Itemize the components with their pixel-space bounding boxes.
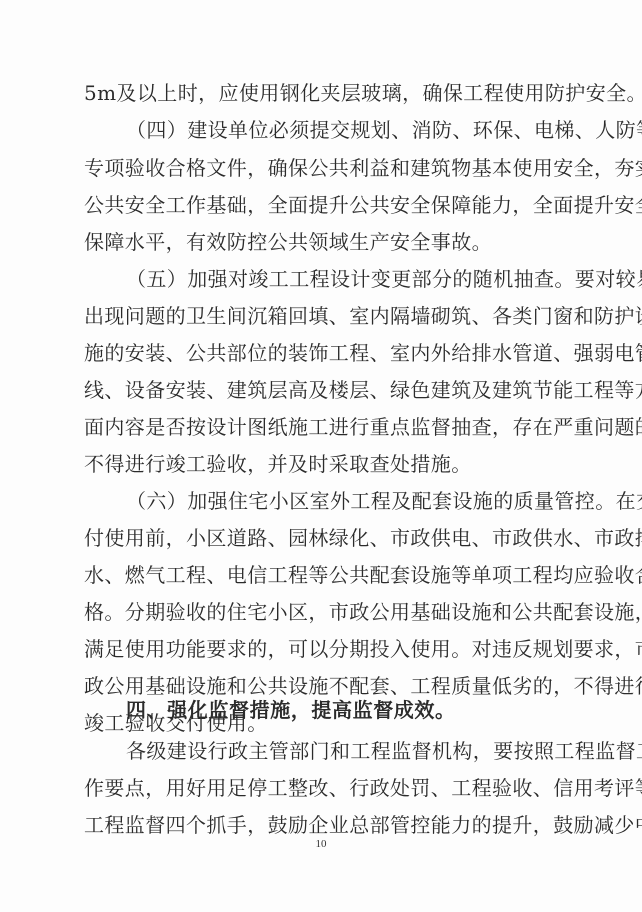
text-line: 付使用前，小区道路、园林绿化、市政供电、市政供水、市政排: [84, 525, 562, 551]
text-line: 施的安装、公共部位的装饰工程、室内外给排水管道、强弱电管: [84, 340, 562, 366]
paragraph-section-four-start: 各级建设行政主管部门和工程监督机构，要按照工程监督工: [126, 738, 562, 764]
text-line: 格。分期验收的住宅小区，市政公用基础设施和公共配套设施，: [84, 599, 562, 625]
text-line: 工程监督四个抓手，鼓励企业总部管控能力的提升，鼓励减少中: [84, 812, 562, 838]
page-number: 10: [0, 838, 642, 850]
text-line: 出现问题的卫生间沉箱回填、室内隔墙砌筑、各类门窗和防护设: [84, 303, 562, 329]
text-line: 满足使用功能要求的，可以分期投入使用。对违反规划要求，市: [84, 636, 562, 662]
text-line: 保障水平，有效防控公共领域生产安全事故。: [84, 229, 562, 255]
paragraph-six-start: （六）加强住宅小区室外工程及配套设施的质量管控。在交: [126, 488, 562, 514]
text-line: 线、设备安装、建筑层高及楼层、绿色建筑及建筑节能工程等方: [84, 377, 562, 403]
section-heading: 四、强化监督措施，提高监督成效。: [126, 697, 562, 723]
text-line: 面内容是否按设计图纸施工进行重点监督抽查，存在严重问题的: [84, 414, 562, 440]
text-line: 不得进行竣工验收，并及时采取查处措施。: [84, 451, 562, 477]
text-line: 作要点，用好用足停工整改、行政处罚、工程验收、信用考评等: [84, 775, 562, 801]
text-line: 5m及以上时，应使用钢化夹层玻璃，确保工程使用防护安全。: [84, 80, 562, 106]
text-line: 公共安全工作基础，全面提升公共安全保障能力，全面提升安全: [84, 192, 562, 218]
document-page: 5m及以上时，应使用钢化夹层玻璃，确保工程使用防护安全。 （四）建设单位必须提交…: [0, 0, 642, 912]
paragraph-four-start: （四）建设单位必须提交规划、消防、环保、电梯、人防等: [126, 117, 562, 143]
text-line: 专项验收合格文件，确保公共利益和建筑物基本使用安全，夯实: [84, 155, 562, 181]
paragraph-five-start: （五）加强对竣工工程设计变更部分的随机抽查。要对较易: [126, 266, 562, 292]
text-line: 政公用基础设施和公共设施不配套、工程质量低劣的，不得进行: [84, 673, 562, 699]
text-line: 水、燃气工程、电信工程等公共配套设施等单项工程均应验收合: [84, 562, 562, 588]
